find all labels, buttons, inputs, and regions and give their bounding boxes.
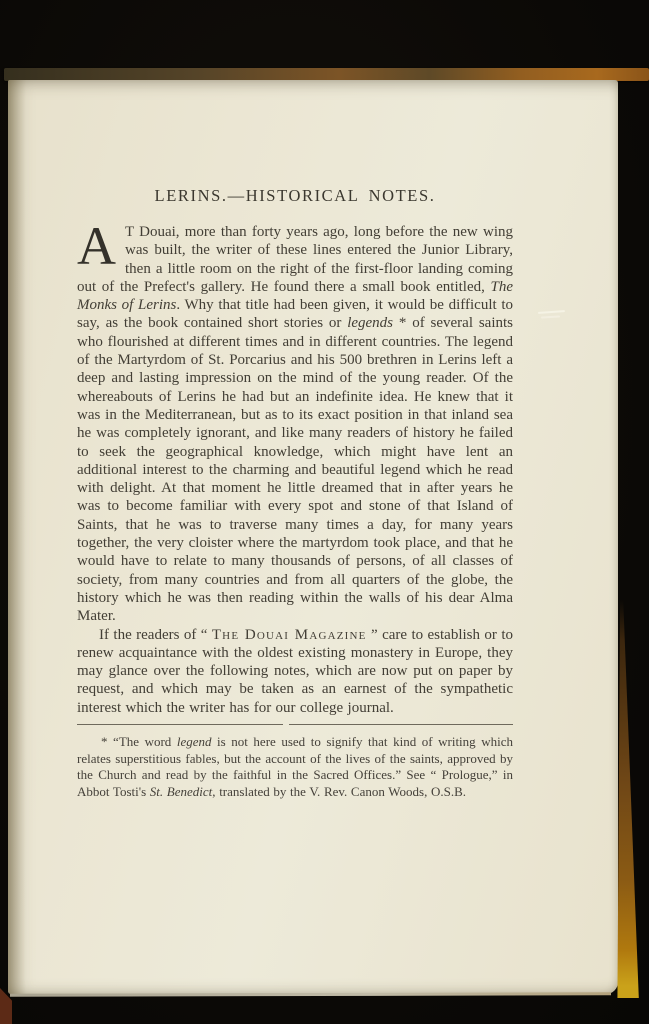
text-run: St. Benedict xyxy=(150,784,213,799)
footnote: * “The word legend is not here used to s… xyxy=(77,734,513,801)
text-run: , translated by the V. Rev. Canon Woods,… xyxy=(212,784,466,799)
text-run: * “The word xyxy=(101,734,177,749)
footnote-rule-left-segment xyxy=(77,724,283,725)
photo-backdrop: LERINS.—HISTORICAL NOTES. AT Douai, more… xyxy=(0,0,649,1024)
footnote-rule-right-segment xyxy=(289,724,513,725)
text-run: The Douai Magazine xyxy=(212,627,367,643)
text-run: T Douai, more than forty years ago, long… xyxy=(77,224,513,295)
footnote-rule xyxy=(77,724,513,725)
page-title: LERINS.—HISTORICAL NOTES. xyxy=(77,186,513,206)
paragraph-second: If the readers of “ The Douai Magazine ”… xyxy=(77,626,513,717)
drop-cap-initial: A xyxy=(77,223,125,276)
page-stack-bottom-edge xyxy=(10,992,611,997)
paragraph-opening: AT Douai, more than forty years ago, lon… xyxy=(77,223,513,626)
text-run: If the readers of “ xyxy=(99,627,212,643)
text-run: * of several saints who flourished at di… xyxy=(77,315,513,624)
text-run: legends xyxy=(347,315,393,331)
text-run: legend xyxy=(177,734,212,749)
page-text-block: LERINS.—HISTORICAL NOTES. AT Douai, more… xyxy=(77,186,513,801)
binding-shadow xyxy=(8,80,26,994)
book-cover-edge-right xyxy=(616,600,640,998)
